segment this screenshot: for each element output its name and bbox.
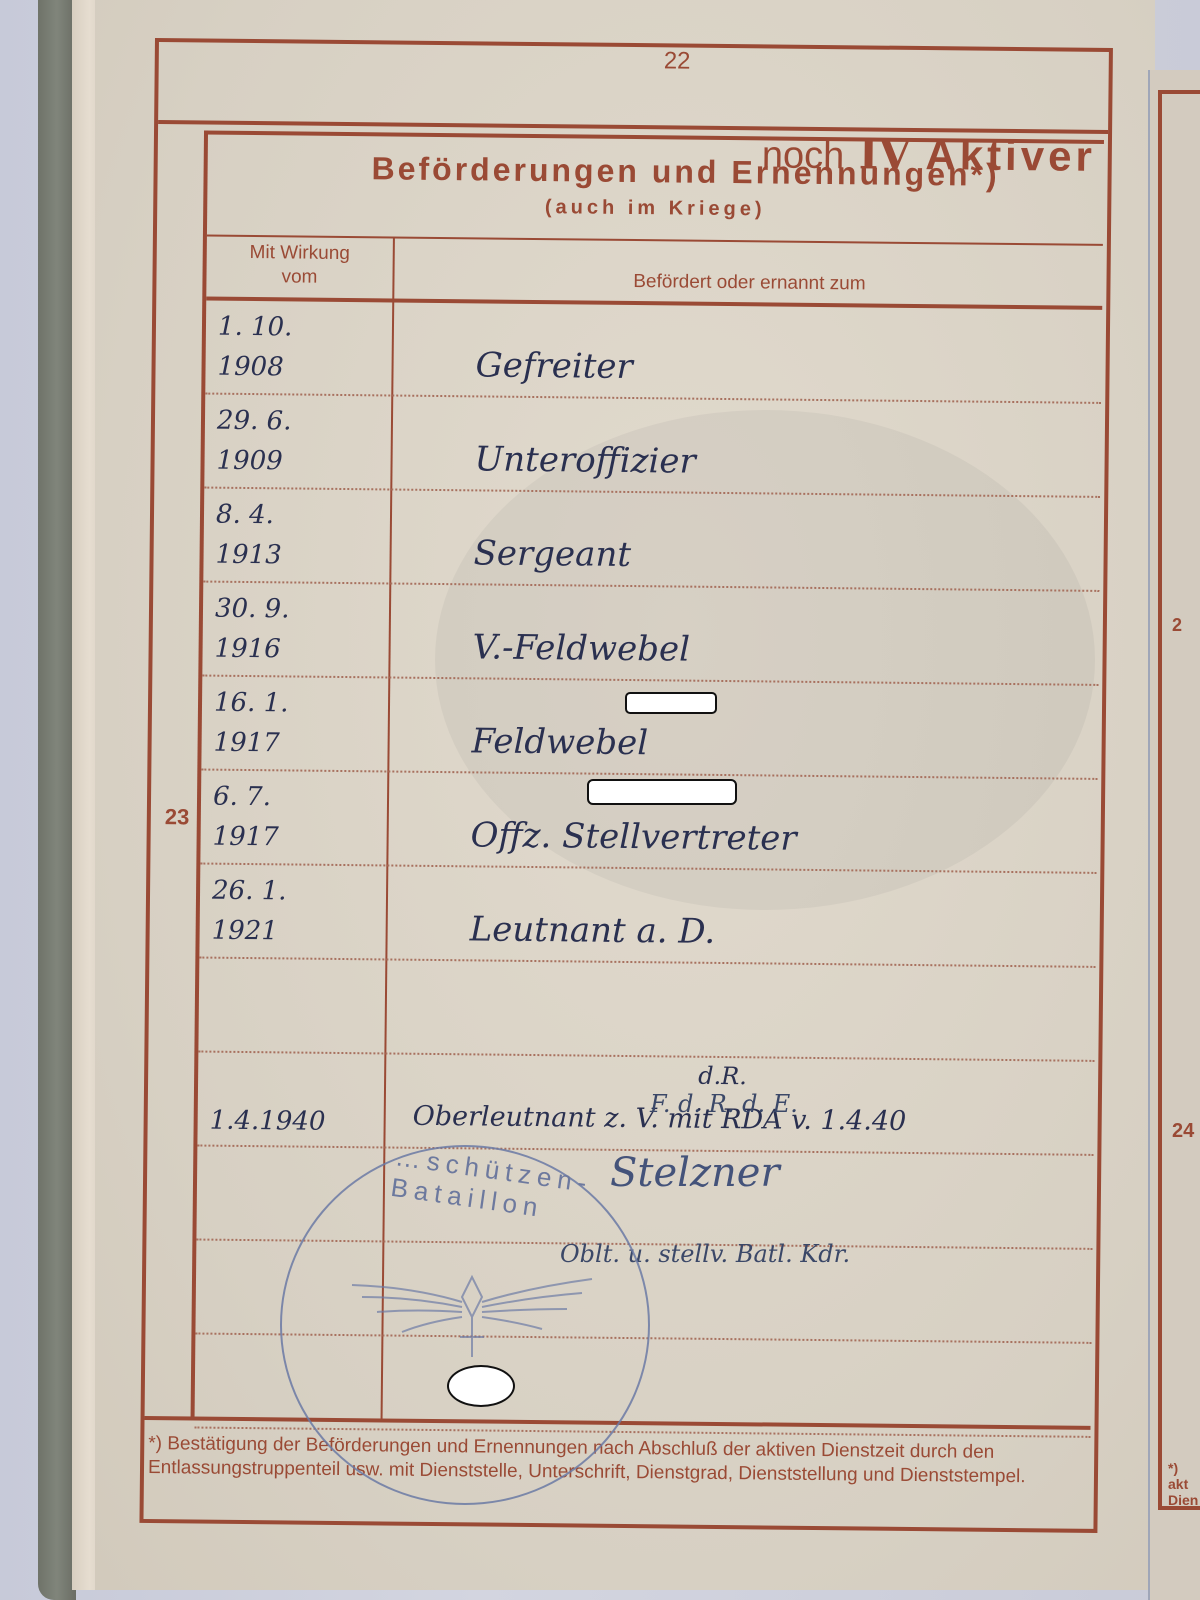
entry-rank: Offz. Stellvertreter [470,815,1090,861]
entry-date-day-month: 8. 4. [216,495,386,537]
entry-date-year: 1917 [213,723,383,765]
facing-page-frame [1158,90,1200,1510]
table-heading: Beförderungen und Ernennungen*) [207,149,1103,195]
entry-rank: Unteroffizier [474,439,1094,485]
entry-rank: Feldwebel [471,721,1091,767]
official-stamp: …schützen-Bataillon [280,1145,650,1505]
margin-number: 23 [165,804,190,830]
table-subheading: (auch im Kriege) [207,193,1103,225]
signature-fdr: F. d. R. d. E. [650,1090,798,1118]
entry-date: 1.4.1940 [209,1101,379,1143]
book-cover-spine [38,0,76,1600]
table-row: 8. 4. 1913 Sergeant [203,489,1100,592]
entry-date: 16. 1. 1917 [213,683,384,765]
entry-date: 8. 4. 1913 [215,495,386,577]
table-row: 1. 10. 1908 Gefreiter [205,301,1102,404]
entry-rank: Sergeant [473,533,1093,579]
entry-date-year: 1913 [215,535,385,577]
entry-date: 29. 6. 1909 [216,401,387,483]
entry-rank: Gefreiter [475,345,1095,391]
column-header-date-line1: Mit Wirkung [207,241,393,267]
page-number: 22 [664,47,691,75]
entry-date-day-month: 16. 1. [214,683,384,725]
entry-rank: Leutnant a. D. [469,909,1089,955]
facing-page-number-partial: 2 [1172,615,1182,636]
entry-annotation: d.R. [698,1062,747,1091]
entry-rank: V.-Feldwebel [472,627,1092,673]
facing-page-margin-number: 24 [1172,1120,1194,1143]
entry-date-day-month: 1. 10. [218,307,388,349]
entry-date-day-month: 6. 7. [213,777,383,819]
stamp-text: …schützen-Bataillon [389,1141,655,1239]
column-header-date: Mit Wirkung vom [206,237,393,299]
table-row: 30. 9. 1916 V.-Feldwebel [202,583,1099,686]
table-row: d.R. 1.4.1940 Oberleutnant z. V. mit RDA… [197,1053,1094,1156]
column-header-date-line2: vom [206,265,392,291]
redaction-mark [625,692,717,714]
entry-date: 6. 7. 1917 [212,777,383,859]
redaction-mark [447,1365,515,1407]
redaction-mark [587,779,737,805]
table-row: 29. 6. 1909 Unteroffizier [204,395,1101,498]
entry-date-year: 1921 [211,911,381,953]
entry-date-day-month: 29. 6. [217,401,387,443]
facing-page: 2 24 *) akt Dien [1148,70,1200,1600]
table-row-empty [198,959,1095,1062]
entry-date-day-month: 26. 1. [212,871,382,913]
column-header-rank: Befördert oder ernannt zum [392,239,1107,306]
entry-date-day-month: 30. 9. [215,589,385,631]
entry-date-year: 1917 [212,817,382,859]
table-row: 26. 1. 1921 Leutnant a. D. [199,865,1096,968]
entry-date-year: 1909 [216,441,386,483]
entry-date-year: 1916 [214,629,384,671]
entry-date: 1. 10. 1908 [217,307,388,389]
entry-date-year: 1908 [217,347,387,389]
entry-date: 26. 1. 1921 [211,871,382,953]
entry-date: 30. 9. 1916 [214,589,385,671]
eagle-emblem-icon [342,1257,602,1377]
facing-page-footnote: *) akt Dien [1168,1460,1200,1508]
